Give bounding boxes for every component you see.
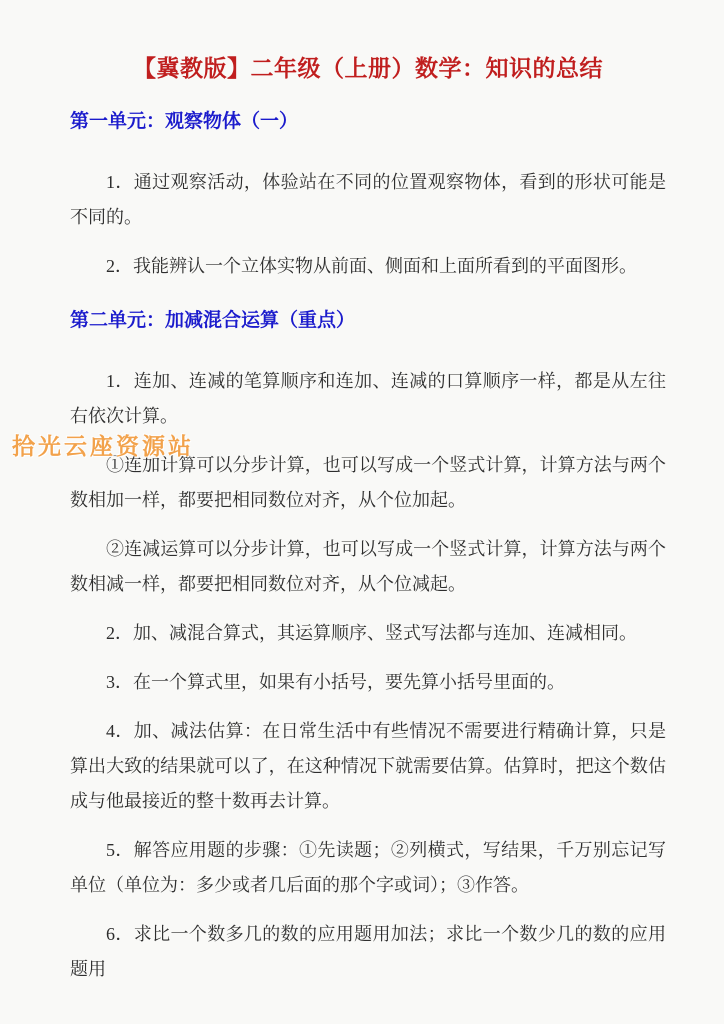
document-content: 【冀教版】二年级（上册）数学：知识的总结 第一单元：观察物体（一）1．通过观察活… xyxy=(0,0,724,987)
paragraph: 2．加、减混合算式，其运算顺序、竖式写法都与连加、连减相同。 xyxy=(70,616,666,651)
paragraph: 6．求比一个数多几的数的应用题用加法；求比一个数少几的数的应用题用 xyxy=(70,917,666,987)
paragraph: 1．连加、连减的笔算顺序和连加、连减的口算顺序一样，都是从左往右依次计算。 xyxy=(70,364,666,434)
paragraph: 4．加、减法估算：在日常生活中有些情况不需要进行精确计算，只是算出大致的结果就可… xyxy=(70,714,666,819)
document-sections: 第一单元：观察物体（一）1．通过观察活动，体验站在不同的位置观察物体，看到的形状… xyxy=(70,107,666,987)
document-title: 【冀教版】二年级（上册）数学：知识的总结 xyxy=(70,53,666,85)
paragraph: ①连加计算可以分步计算，也可以写成一个竖式计算，计算方法与两个数相加一样，都要把… xyxy=(70,448,666,518)
section-heading-1: 第一单元：观察物体（一） xyxy=(70,107,666,137)
document-page: 【冀教版】二年级（上册）数学：知识的总结 第一单元：观察物体（一）1．通过观察活… xyxy=(0,0,724,1024)
paragraph: 3．在一个算式里，如果有小括号，要先算小括号里面的。 xyxy=(70,665,666,700)
section-heading-2: 第二单元：加减混合运算（重点） xyxy=(70,306,666,336)
paragraph: 5．解答应用题的步骤：①先读题；②列横式，写结果，千万别忘记写单位（单位为：多少… xyxy=(70,833,666,903)
paragraph: 2．我能辨认一个立体实物从前面、侧面和上面所看到的平面图形。 xyxy=(70,249,666,284)
paragraph: ②连减运算可以分步计算，也可以写成一个竖式计算，计算方法与两个数相减一样，都要把… xyxy=(70,532,666,602)
paragraph: 1．通过观察活动，体验站在不同的位置观察物体，看到的形状可能是不同的。 xyxy=(70,165,666,235)
